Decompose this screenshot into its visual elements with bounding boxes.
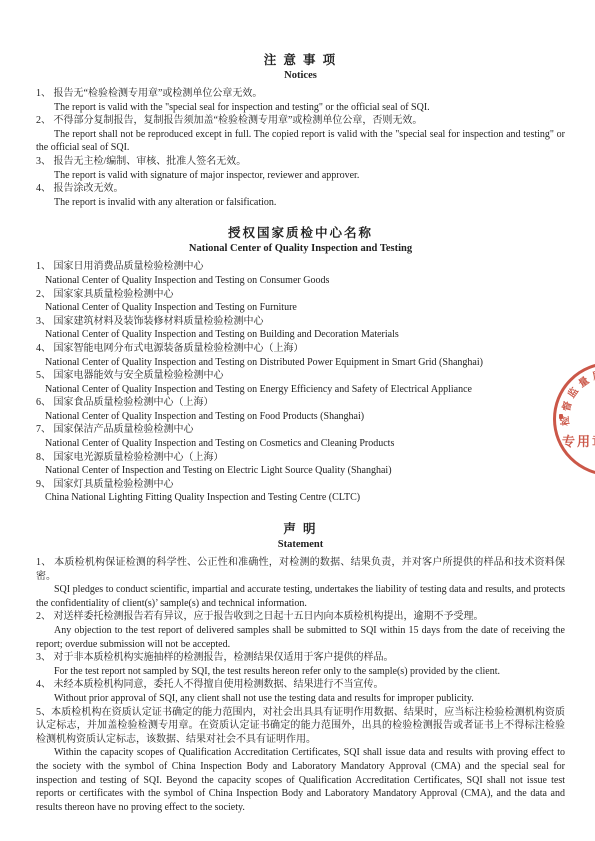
center-item-2-zh: 2、 国家家具质量检验检测中心 [36,288,565,302]
page-content: 注 意 事 项 Notices 1、 报告无“检验检测专用章”或检测单位公章无效… [36,52,565,814]
center-item-3-zh: 3、 国家建筑材料及装饰装修材料质量检验检测中心 [36,315,565,329]
center-item-7-zh: 7、 国家保洁产品质量检验检测中心 [36,423,565,437]
statement-item-5-en: Within the capacity scopes of Qualificat… [36,746,565,814]
notice-item-1-en: The report is valid with the "special se… [36,101,565,115]
statement-item-2-en: Any objection to the test report of deli… [36,624,565,651]
seal-rim-char: 督 [557,399,574,413]
center-item-6-zh: 6、 国家食品质量检验检测中心（上海） [36,396,565,410]
center-item-5-zh: 5、 国家电器能效与安全质量检验检测中心 [36,369,565,383]
center-item-8-en: National Center of Inspection and Testin… [36,464,565,478]
center-item-2-en: National Center of Quality Inspection an… [36,301,565,315]
notice-item-4-en: The report is invalid with any alteratio… [36,196,565,210]
seal-rim-char: 质 [590,365,595,382]
center-item-7-en: National Center of Quality Inspection an… [36,437,565,451]
statement-title-zh: 声 明 [36,521,565,537]
statement-item-5-zh: 5、本质检机构在资质认定证书确定的能力范围内，对社会出具具有证明作用数据、结果时… [36,706,565,747]
center-item-1-zh: 1、 国家日用消费品质量检验检测中心 [36,260,565,274]
center-item-4-zh: 4、 国家智能电网分布式电源装备质量检验检测中心（上海） [36,342,565,356]
statement-item-4-zh: 4、 未经本质检机构同意，委托人不得擅自使用检测数据、结果进行不当宣传。 [36,678,565,692]
center-item-1-en: National Center of Quality Inspection an… [36,274,565,288]
statement-section: 声 明 Statement 1、 本质检机构保证检测的科学性、公正性和准确性，对… [36,521,565,814]
statement-item-2-zh: 2、 对送样委托检测报告若有异议，应于报告收到之日起十五日内向本质检机构提出，逾… [36,610,565,624]
center-item-8-zh: 8、 国家电光源质量检验检测中心（上海） [36,451,565,465]
seal-center-mark [559,414,563,419]
seal-rim-char: 监 [563,384,581,401]
centers-section: 授权国家质检中心名称 National Center of Quality In… [36,225,565,505]
center-item-9-en: China National Lighting Fitting Quality … [36,491,565,505]
notice-item-3-en: The report is valid with signature of ma… [36,169,565,183]
center-item-3-en: National Center of Quality Inspection an… [36,328,565,342]
seal-inner-text: 专用章 [562,431,595,450]
center-item-6-en: National Center of Quality Inspection an… [36,410,565,424]
statement-item-1-en: SQI pledges to conduct scientific, impar… [36,583,565,610]
notice-item-1-zh: 1、 报告无“检验检测专用章”或检测单位公章无效。 [36,87,565,101]
center-item-9-zh: 9、 国家灯具质量检验检测中心 [36,478,565,492]
notices-title-zh: 注 意 事 项 [36,52,565,68]
center-item-4-en: National Center of Quality Inspection an… [36,356,565,370]
notices-section: 注 意 事 项 Notices 1、 报告无“检验检测专用章”或检测单位公章无效… [36,52,565,209]
notice-item-2-en: The report shall not be reproduced excep… [36,128,565,155]
notice-item-3-zh: 3、 报告无主检/编制、审核、批准人签名无效。 [36,155,565,169]
statement-title-en: Statement [36,538,565,552]
notice-item-4-zh: 4、 报告涂改无效。 [36,182,565,196]
centers-title-en: National Center of Quality Inspection an… [36,242,565,256]
statement-item-4-en: Without prior approval of SQI, any clien… [36,692,565,706]
centers-title-zh: 授权国家质检中心名称 [36,225,565,241]
center-item-5-en: National Center of Quality Inspection an… [36,383,565,397]
statement-item-3-en: For the test report not sampled by SQI, … [36,665,565,679]
notices-title-en: Notices [36,69,565,83]
seal-rim-char: 量 [575,372,592,390]
report-notices-page: 注 意 事 项 Notices 1、 报告无“检验检测专用章”或检测单位公章无效… [0,0,595,841]
statement-item-3-zh: 3、 对于非本质检机构实施抽样的检测报告，检测结果仅适用于客户提供的样品。 [36,651,565,665]
notice-item-2-zh: 2、 不得部分复制报告，复制报告须加盖“检验检测专用章”或检测单位公章，否则无效… [36,114,565,128]
statement-item-1-zh: 1、 本质检机构保证检测的科学性、公正性和准确性，对检测的数据、结果负责，并对客… [36,556,565,583]
